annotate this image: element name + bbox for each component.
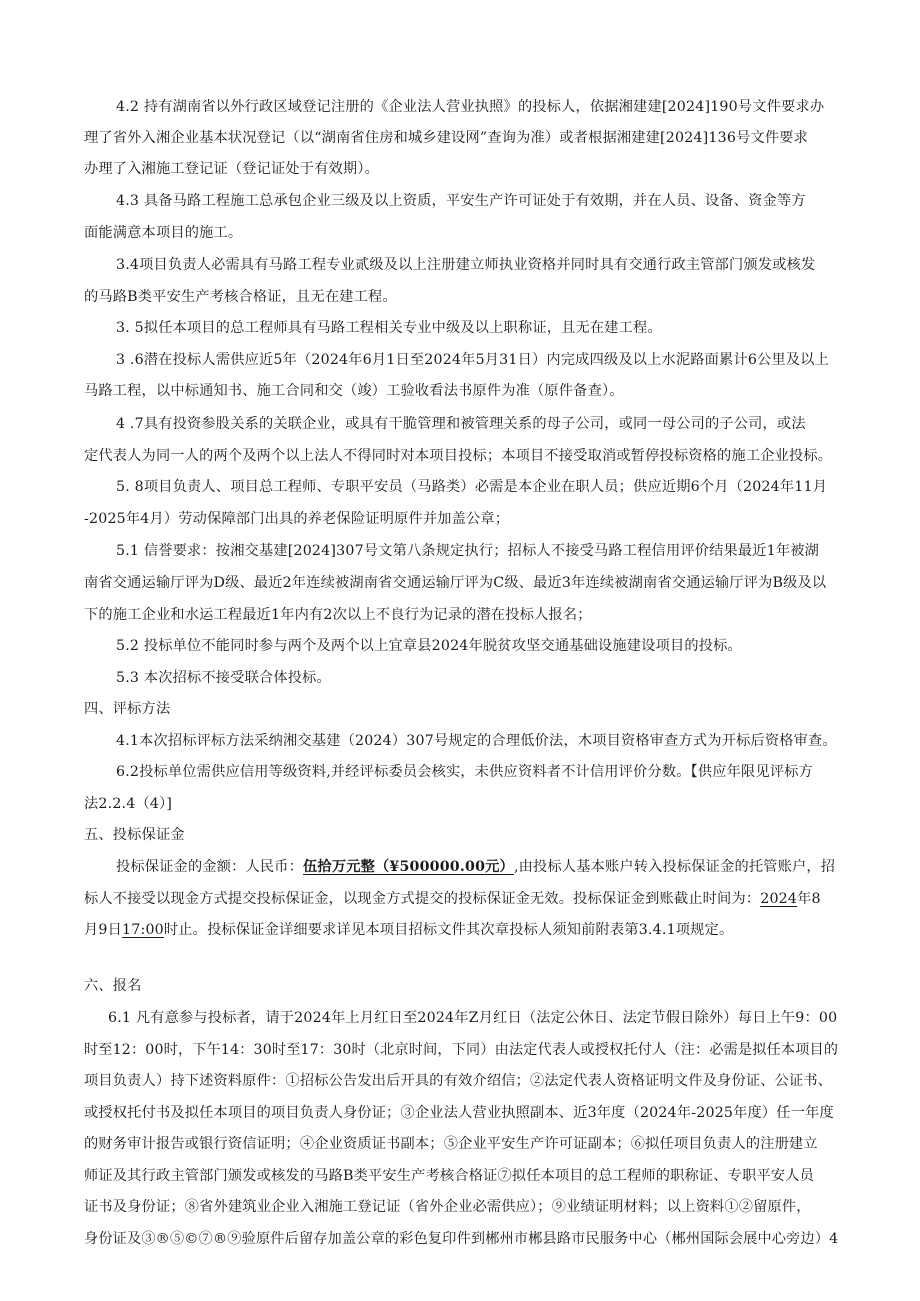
paragraph-line: 4 .7具有投资参股关系的关联企业，或具有干脆管理和被管理关系的母子公司，或同一… (116, 414, 806, 434)
paragraph-line: 南省交通运输厅评为D级、最近2年连续被湖南省交通运输厅评为C级、最近3年连续被湖… (84, 573, 826, 593)
paragraph-line: 3. 5拟任本项目的总工程师具有马路工程相关专业中级及以上职称证，且无在建工程。 (116, 318, 662, 338)
paragraph-line: 6.1 凡有意参与投标者，请于2024年上月红日至2024年Z月红日（法定公休日… (108, 1008, 837, 1028)
paragraph-line: 4.2 持有湖南省以外行政区域登记注册的《企业法人营业执照》的投标人，依据湘建建… (116, 97, 824, 117)
paragraph-line: 理了省外入湘企业基本状况登记（以“湖南省住房和城乡建设网”查询为准）或者根据湘建… (84, 128, 808, 148)
section-heading-registration: 六、报名 (84, 976, 142, 996)
paragraph-line: 下的施工企业和水运工程最近1年内有2次以上不良行为记录的潜在投标人报名； (84, 605, 592, 625)
paragraph-line: 法2.2.4（4）] (84, 794, 172, 814)
section-heading-deposit: 五、投标保证金 (84, 825, 185, 845)
paragraph-line: 定代表人为同一人的两个及两个以上法人不得同时对本项目投标；本项目不接受取消或暂停… (84, 446, 832, 466)
paragraph-line: -2025年4月）劳动保障部门出具的养老保险证明原件并加盖公章； (84, 509, 509, 529)
deposit-text: 月9日 (84, 922, 122, 938)
paragraph-line: 面能满意本项目的施工。 (84, 223, 242, 243)
paragraph-line: 5. 8项目负责人、项目总工程师、专职平安员（马路类）必需是本企业在职人员；供应… (116, 477, 827, 497)
deposit-text: 年8 (797, 891, 821, 907)
paragraph-line: 办理了入湘施工登记证（登记证处于有效期）。 (84, 159, 379, 179)
paragraph-line: 师证及其行政主管部门颁发或核发的马路B类平安生产考核合格证⑦拟任本项目的总工程师… (84, 1166, 814, 1186)
deposit-line-3: 月9日17:00时止。投标保证金详细要求详见本项目招标文件其次章投标人须知前附表… (84, 920, 733, 940)
paragraph-line: 3 .6潜在投标人需供应近5年（2024年6月1日至2024年5月31日）内完成… (116, 350, 829, 370)
deposit-deadline-time: 17:00 (122, 922, 164, 938)
deposit-line-1: 投标保证金的金额：人民币：伍拾万元整（¥500000.00元）,由投标人基本账户… (116, 857, 835, 877)
paragraph-line: 5.2 投标单位不能同时参与两个及两个以上宜章县2024年脱贫攻坚交通基础设施建… (116, 636, 742, 656)
paragraph-line: 4.3 具备马路工程施工总承包企业三级及以上资质，平安生产许可证处于有效期，并在… (116, 191, 806, 211)
paragraph-line: 5.1 信誉要求：按湘交基建[2024]307号文第八条规定执行；招标人不接受马… (116, 541, 819, 561)
paragraph-line: 的财务审计报告或银行资信证明；④企业资质证书副本；⑤企业平安生产许可证副本；⑥拟… (84, 1134, 818, 1154)
paragraph-line: 6.2投标单位需供应信用等级资料,并经评标委员会核实，未供应资料者不计信用评价分… (116, 762, 813, 782)
paragraph-line: 项目负责人）持下述资料原件：①招标公告发出后开具的有效介绍信；②法定代表人资格证… (84, 1071, 832, 1091)
paragraph-line: 5.3 本次招标不接受联合体投标。 (116, 668, 331, 688)
paragraph-line: 证书及身份证；⑧省外建筑业企业入湘施工登记证（省外企业必需供应）；⑨业绩证明材料… (84, 1197, 811, 1217)
section-heading-evaluation: 四、评标方法 (84, 699, 170, 719)
deposit-amount: 伍拾万元整（¥500000.00元） (303, 859, 514, 875)
deposit-line-2: 标人不接受以现金方式提交投标保证金，以现金方式提交的投标保证金无效。投标保证金到… (84, 889, 821, 909)
paragraph-line: 的马路B类平安生产考核合格证，且无在建工程。 (84, 287, 397, 307)
paragraph-line: 身份证及③®⑤©⑦®⑨验原件后留存加盖公章的彩色复印件到郴州市郴县路市民服务中心… (84, 1229, 838, 1249)
paragraph-line: 时至12：00时，下午14：30时至17：30时（北京时间，下同）由法定代表人或… (84, 1040, 838, 1060)
deposit-text: 时止。投标保证金详细要求详见本项目招标文件其次章投标人须知前附表第3.4.1项规… (164, 922, 733, 938)
deposit-text: 标人不接受以现金方式提交投标保证金，以现金方式提交的投标保证金无效。投标保证金到… (84, 891, 760, 907)
deposit-deadline-year: 2024 (760, 891, 797, 907)
paragraph-line: 或授权托付书及拟任本项目的项目负责人身份证；③企业法人营业执照副本、近3年度（2… (84, 1103, 834, 1123)
paragraph-line: 马路工程，以中标通知书、施工合同和交（竣）工验收看法书原件为准（原件备查）。 (84, 381, 624, 401)
deposit-text: ,由投标人基本账户转入投标保证金的托管账户，招 (514, 859, 835, 875)
paragraph-line: 4.1本次招标评标方法采纳湘交基建（2024）307号规定的合理低价法，木项目资… (116, 731, 837, 751)
deposit-label: 投标保证金的金额：人民币： (116, 859, 303, 875)
paragraph-line: 3.4项目负责人必需具有马路工程专业贰级及以上注册建立师执业资格并同时具有交通行… (116, 255, 815, 275)
